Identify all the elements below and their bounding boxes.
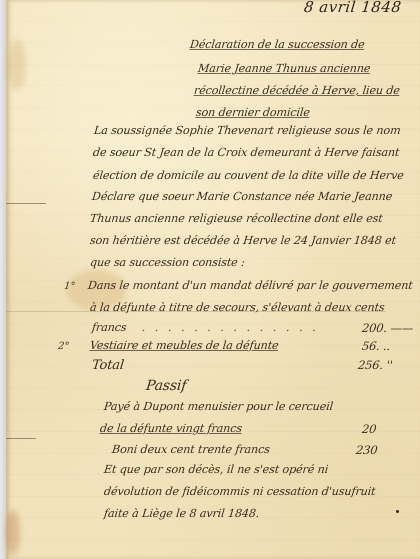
- body-line: de soeur St Jean de la Croix demeurant à…: [92, 146, 400, 159]
- body-line: La soussignée Sophie Thevenart religieus…: [93, 124, 401, 137]
- body-line: son héritière est décédée à Herve le 24 …: [89, 234, 396, 247]
- heading-line: Déclaration de la succession de: [189, 38, 365, 51]
- item-line: Vestiaire et meubles de la défunte: [89, 339, 279, 352]
- closing-line: Et que par son décès, il ne s'est opéré …: [103, 463, 328, 476]
- body-line: Déclare que soeur Marie Constance née Ma…: [91, 190, 393, 203]
- ink-spot: [396, 510, 399, 513]
- item-number: 1°: [63, 281, 75, 292]
- item-amount: 200. ——: [361, 321, 414, 335]
- document-date: 8 avril 1848: [303, 0, 402, 16]
- dotted-leader: . . . . . . . . . . . . . .: [141, 321, 319, 334]
- closing-line: faite à Liège le 8 avril 1848.: [103, 507, 260, 520]
- item-amount: 56. ..: [361, 339, 391, 353]
- passif-line: Boni deux cent trente francs: [111, 443, 270, 456]
- paper-stain: [8, 40, 26, 90]
- body-line: Thunus ancienne religieuse récollectine …: [89, 212, 383, 225]
- closing-line: dévolution de fidéicommis ni cessation d…: [103, 485, 376, 498]
- passif-amount: 230: [355, 443, 378, 457]
- item-line: à la défunte à titre de secours, s'éleva…: [89, 301, 385, 314]
- passif-line: de la défunte vingt francs: [99, 422, 242, 435]
- fold-mark: [6, 438, 36, 439]
- item-line: Dans le montant d'un mandat délivré par …: [87, 279, 413, 292]
- heading-line: Marie Jeanne Thunus ancienne: [197, 62, 371, 75]
- passif-line: Payé à Dupont menuisier pour le cercueil: [103, 400, 333, 413]
- body-line: que sa succession consiste :: [89, 256, 245, 269]
- item-number: 2°: [57, 341, 69, 352]
- body-line: élection de domicile au couvent de la di…: [92, 169, 404, 182]
- paper-stain: [6, 510, 20, 555]
- heading-line: son dernier domicile: [195, 106, 310, 119]
- total-label: Total: [91, 358, 124, 373]
- passif-heading: Passif: [145, 378, 187, 394]
- item-line: francs: [91, 321, 127, 334]
- fold-mark: [6, 203, 46, 204]
- passif-amount: 20: [361, 422, 377, 436]
- total-amount: 256. '': [357, 358, 393, 372]
- heading-line: récollectine décédée à Herve, lieu de: [193, 84, 400, 97]
